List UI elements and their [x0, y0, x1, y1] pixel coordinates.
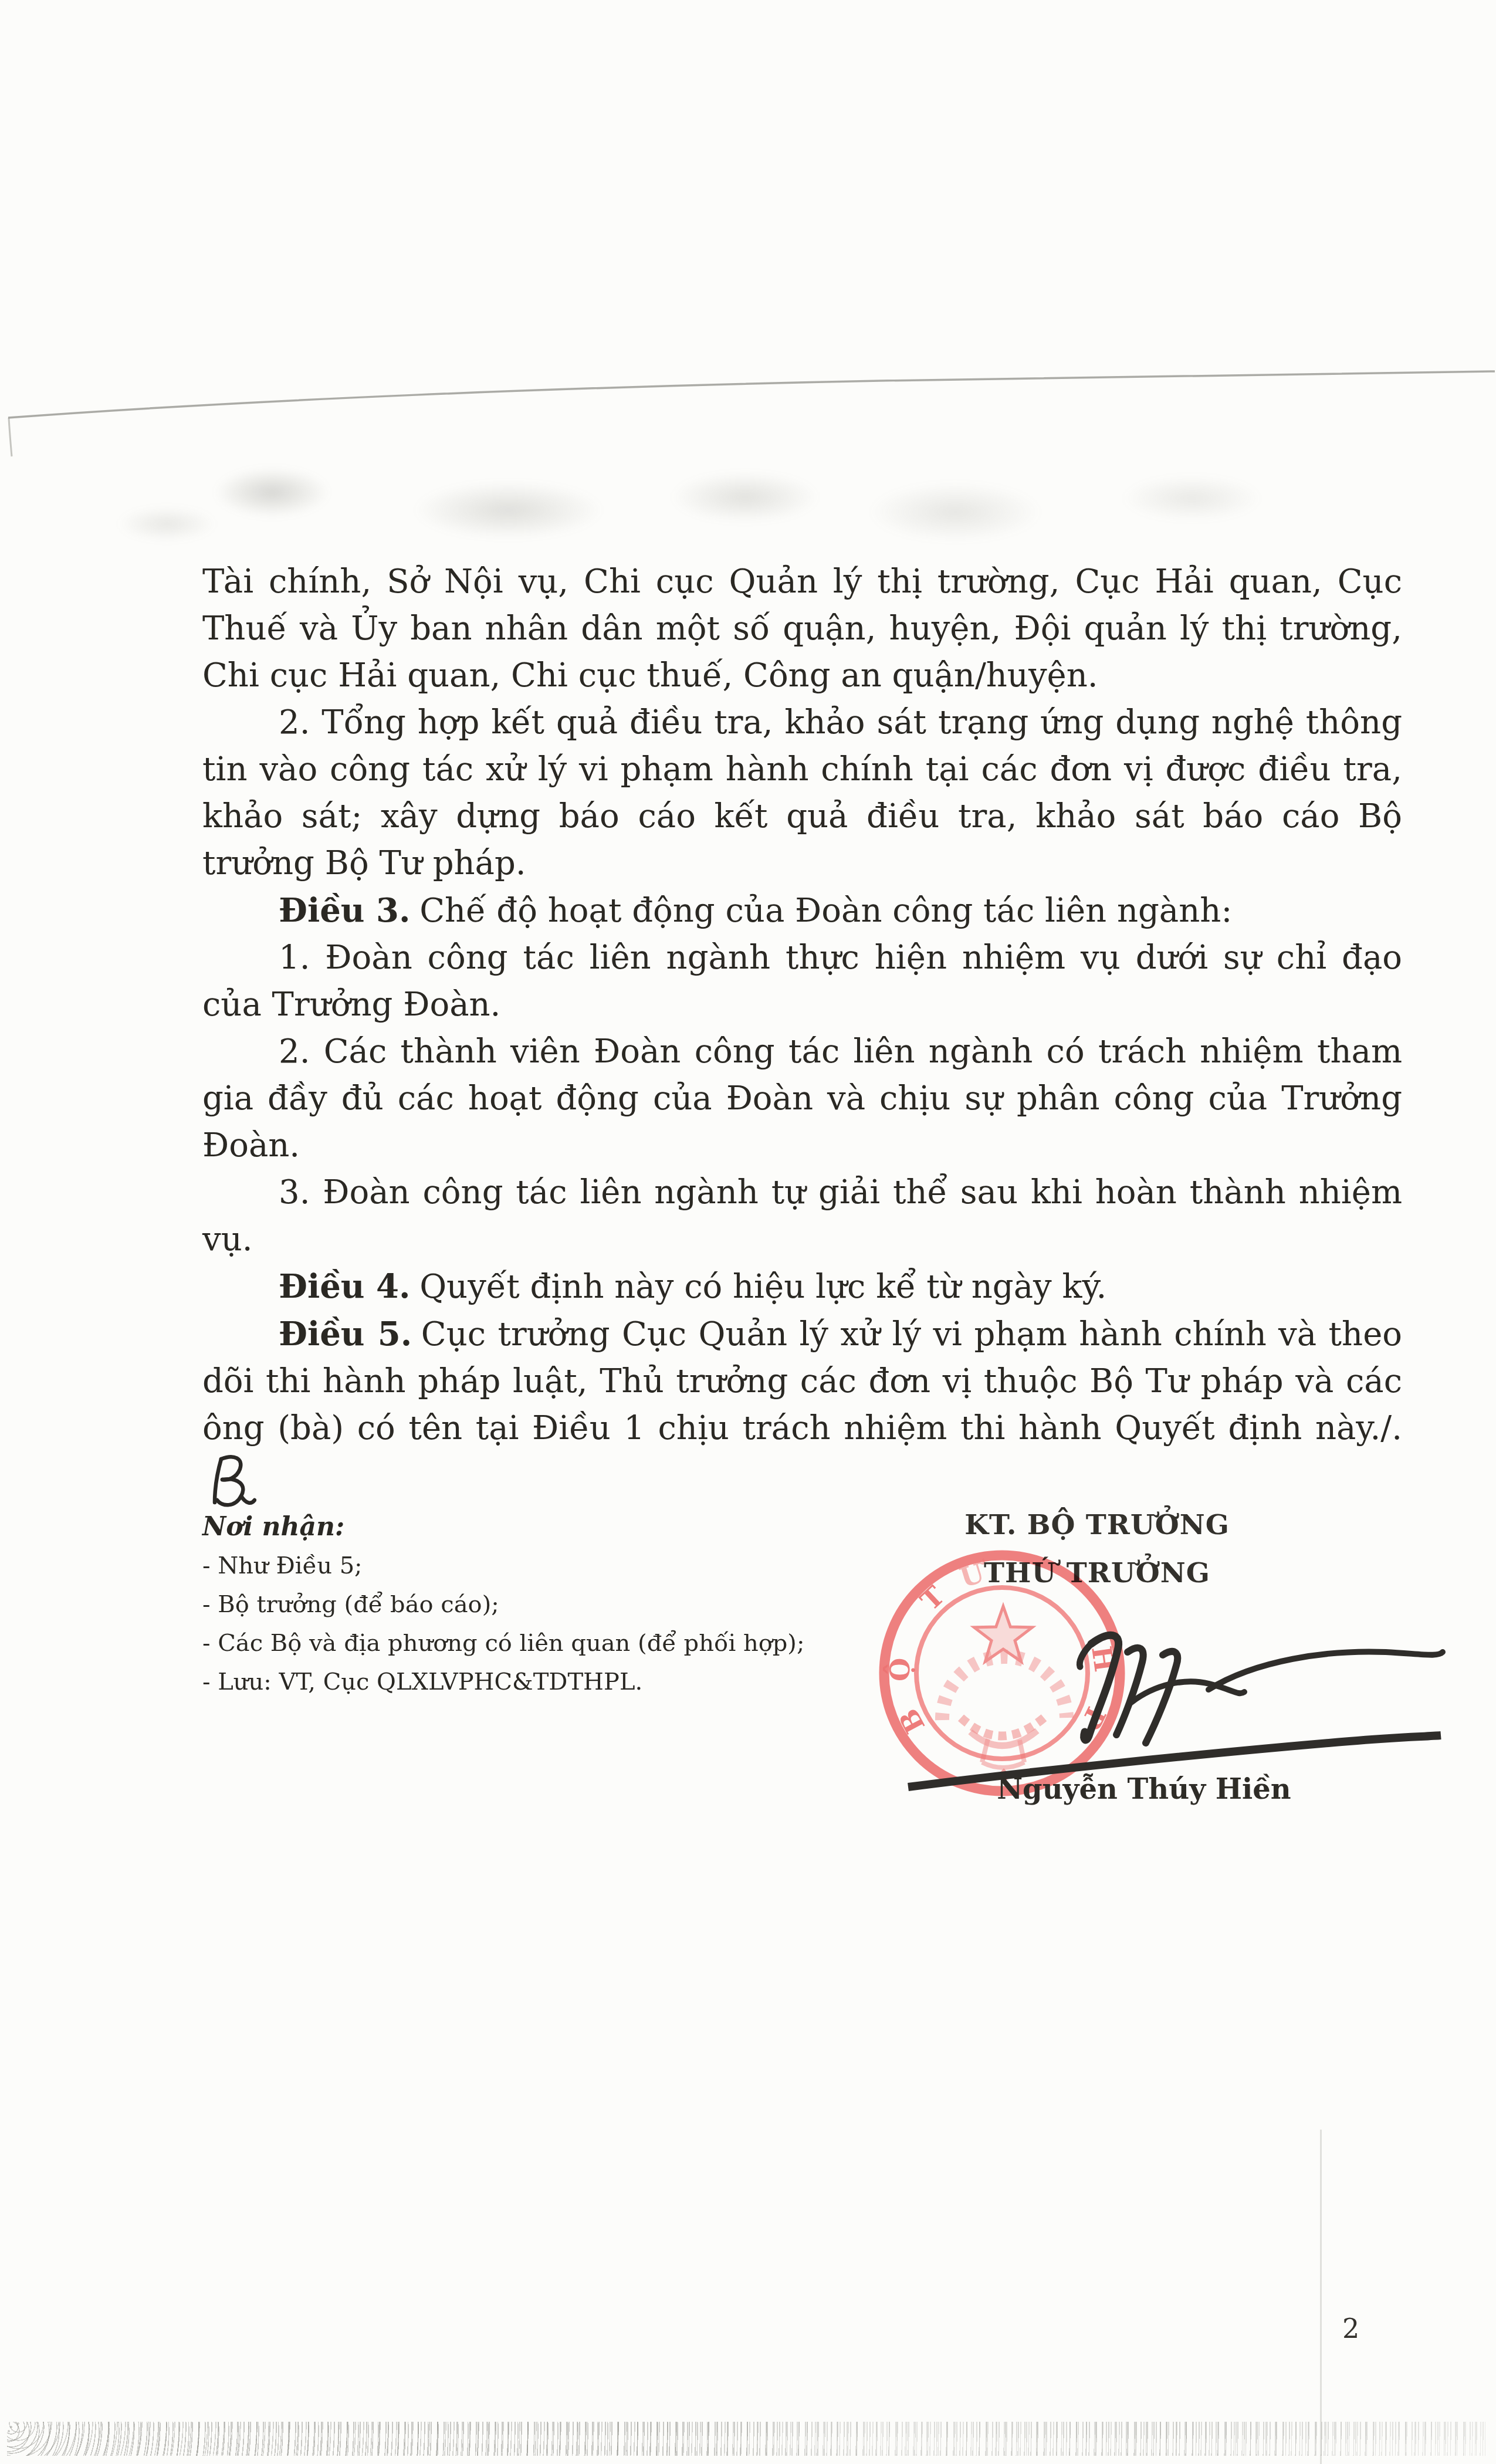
article-4-text: Quyết định này có hiệu lực kể từ ngày ký…: [419, 1268, 1106, 1306]
signer-name: Nguyễn Thúy Hiền: [909, 1773, 1379, 1806]
article-4-label: Điều 4.: [279, 1267, 411, 1306]
article-3-text: Chế độ hoạt động của Đoàn công tác liên …: [419, 892, 1232, 930]
article-3-item-2: 2. Các thành viên Đoàn công tác liên ngà…: [202, 1028, 1402, 1169]
scanned-document-page: Tài chính, Sở Nội vụ, Chi cục Quản lý th…: [0, 0, 1496, 2464]
scan-edge-line: [0, 364, 1496, 463]
article-5-label: Điều 5.: [279, 1315, 412, 1353]
paragraph-task-2: 2. Tổng hợp kết quả điều tra, khảo sát t…: [202, 699, 1402, 887]
document-body: Tài chính, Sở Nội vụ, Chi cục Quản lý th…: [202, 559, 1402, 1513]
paragraph-continuation: Tài chính, Sở Nội vụ, Chi cục Quản lý th…: [202, 559, 1402, 699]
authority-line-1: KT. BỘ TRƯỞNG: [874, 1508, 1320, 1543]
recipient-item: - Các Bộ và địa phương có liên quan (để …: [202, 1624, 730, 1663]
article-4: Điều 4.Quyết định này có hiệu lực kể từ …: [202, 1263, 1402, 1311]
article-3-heading: Điều 3.Chế độ hoạt động của Đoàn công tá…: [202, 887, 1402, 935]
article-5: Điều 5.Cục trưởng Cục Quản lý xử lý vi p…: [202, 1311, 1402, 1513]
ink-bleed-ghost-band: [88, 453, 1402, 551]
article-3-item-1: 1. Đoàn công tác liên ngành thực hiện nh…: [202, 935, 1402, 1028]
recipient-item: - Bộ trưởng (để báo cáo);: [202, 1585, 730, 1624]
recipient-item: - Lưu: VT, Cục QLXLVPHC&TDTHPL.: [202, 1663, 730, 1701]
scan-vertical-streak: [1320, 2130, 1322, 2464]
article-3-label: Điều 3.: [279, 891, 411, 930]
page-number: 2: [1342, 2313, 1359, 2344]
recipients-title: Nơi nhận:: [202, 1508, 730, 1546]
recipient-item: - Như Điều 5;: [202, 1546, 730, 1585]
article-3-item-3: 3. Đoàn công tác liên ngành tự giải thể …: [202, 1169, 1402, 1263]
recipients-block: Nơi nhận: - Như Điều 5; - Bộ trưởng (để …: [202, 1508, 730, 1701]
handwritten-paraph-mark: [207, 1452, 256, 1513]
bottom-bleed-speckle-band: [7, 2422, 1485, 2456]
